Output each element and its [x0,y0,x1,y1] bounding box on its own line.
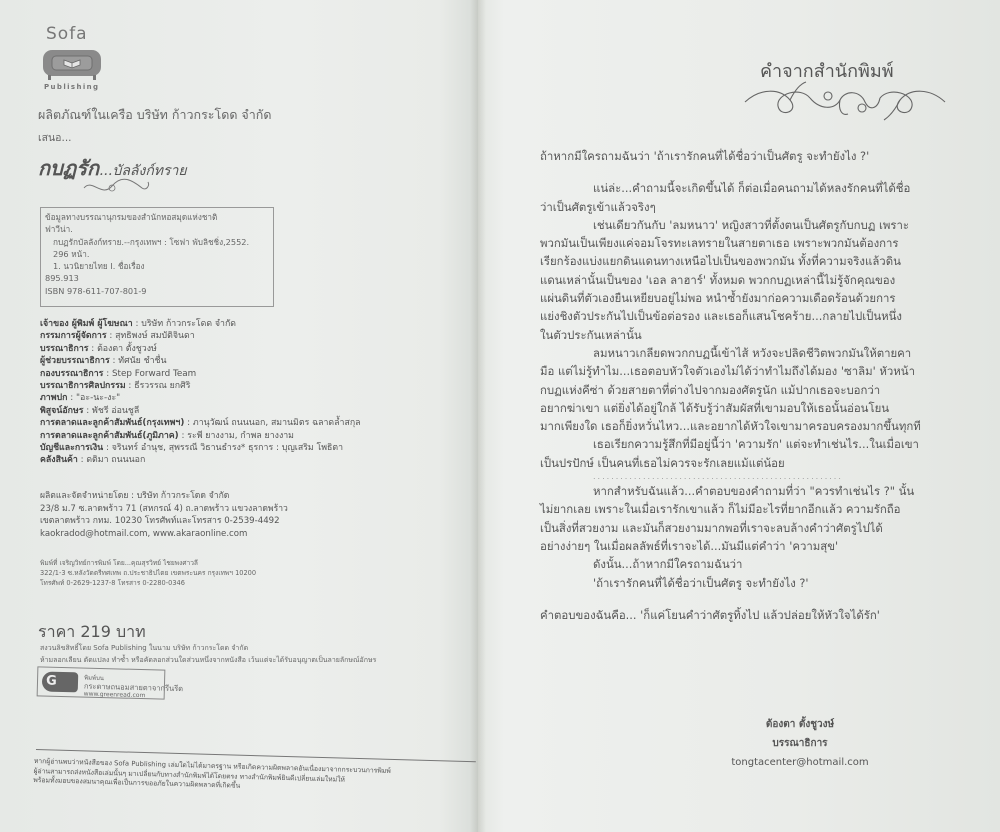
credit-separator: : [179,431,188,441]
foreword-line: แน่ล่ะ...คำถามนี้จะเกิดขึ้นได้ ก็ต่อเมื่… [540,179,960,197]
foreword-line: มากเพียงใด เธอก็ยิ่งหวั่นไหว...และอยากได… [540,417,960,435]
printer-line: โทรศัพท์ 0-2629-1237-8 โทรสาร 0-2280-034… [40,578,256,588]
credit-line: คลังสินค้า : ดติมา ถนนนอก [40,454,361,466]
credit-value: จรินทร์ อำนุช, สุพรรณี วิธานธำรง* ธุรการ… [112,443,343,453]
credit-separator: : [126,381,135,391]
foreword-line: ว่าเป็นศัตรูเข้าแล้วจริงๆ [540,198,960,216]
logo-word: Sofa [46,24,88,44]
credit-separator: : [133,319,142,329]
credit-value: ทัศนัย ชำชื่น [118,356,166,366]
credit-line: ผู้ช่วยบรรณาธิการ : ทัศนัย ชำชื่น [40,355,361,367]
logo-subtitle: Publishing [44,83,99,91]
book-spread: Sofa Publishing ผลิตภัณฑ์ในเครือ บริษัท … [0,0,1000,832]
credit-separator: : [89,344,98,354]
distribution-line: เขตลาดพร้าว กทม. 10230 โทรศัพท์และโทรสาร… [40,515,288,528]
foreword-line: แดนเหล่านั้นเป็นของ 'เอล ลาฮาร์' ทั้งหมด… [540,271,960,289]
credit-separator: : [110,356,119,366]
foreword-line: พวกมันเป็นเพียงแค่จอมโจรทะเลทรายในสายตาเ… [540,234,960,252]
signature-email: tongtacenter@hotmail.com [650,753,950,772]
credits-list: เจ้าของ ผู้พิมพ์ ผู้โฆษณา : บริษัท ก้าวก… [40,318,361,467]
credit-value: ธีรวรรณ ยกศิริ [134,381,190,391]
credit-label: การตลาดและลูกค้าสัมพันธ์(ภูมิภาค) [40,431,179,441]
sofa-with-book-icon [40,42,104,82]
green-badge-text: พิมพ์บน กระดาษถนอมสายตาจากรีนรีด www.gre… [84,675,184,701]
credit-value: ภานุวัฒน์ ถนนนอก, สมานมิตร ฉลาดล้ำสกุล [193,418,361,428]
credit-line: กองบรรณาธิการ : Step Forward Team [40,368,361,380]
foreword-line: ลมหนาวเกลียดพวกกบฏนี้เข้าไส้ หวังจะปลิดช… [540,344,960,362]
foreword-line: มือ แต่ไม่รู้ทำไม...เธอตอบหัวใจตัวเองไม่… [540,362,960,380]
credit-label: กองบรรณาธิการ [40,369,103,379]
foreword-line: ถ้าหากมีใครถามฉันว่า 'ถ้าเรารักคนที่ได้ช… [540,147,960,165]
printer-line: 322/1-3 ซ.หลังวัดตรีทศเทพ ถ.ประชาธิปไตย … [40,568,256,578]
credit-value: พัชรี อ่อนชูลี [92,406,139,416]
foreword-line: ในตัวประกันเหล่านั้น [540,326,960,344]
credit-line: การตลาดและลูกค้าสัมพันธ์(กรุงเทพฯ) : ภาน… [40,417,361,429]
credit-separator: : [184,418,193,428]
credit-line: การตลาดและลูกค้าสัมพันธ์(ภูมิภาค) : ระพี… [40,430,361,442]
signature-block: ต้องตา ตั้งชูวงษ์ บรรณาธิการ tongtacente… [650,715,950,772]
paragraph-gap [540,592,960,606]
credit-value: ต้องตา ตั้งชูวงษ์ [97,344,157,354]
foreword-line: 'ถ้าเรารักคนที่ได้ชื่อว่าเป็นศัตรู จะทำย… [540,574,960,592]
credit-line: ภาพปก : "อะ-นะ-งะ" [40,392,361,404]
credit-label: บรรณาธิการศิลปกรรม [40,381,126,391]
distribution-line: 23/8 ม.7 ซ.ลาดพร้าว 71 (สหกรณ์ 4) ถ.ลาดพ… [40,503,288,516]
credit-line: บัญชีและการเงิน : จรินทร์ อำนุช, สุพรรณี… [40,442,361,454]
credit-line: พิสูจน์อักษร : พัชรี อ่อนชูลี [40,405,361,417]
foreword-line: คำตอบของฉันคือ... 'ก็แค่โยนคำว่าศัตรูทิ้… [540,606,960,624]
presents-label: เสนอ... [38,129,72,146]
credit-label: กรรมการผู้จัดการ [40,331,107,341]
credit-value: "อะ-นะ-งะ" [76,393,120,403]
copyright-notice: สงวนลิขสิทธิ์โดย Sofa Publishing ในนาม บ… [40,642,376,666]
foreword-line: หากสำหรับฉันแล้ว...คำตอบของคำถามที่ว่า "… [540,482,960,500]
book-gutter [470,0,486,832]
foreword-line: อยากฆ่าเขา แต่ยิ่งได้อยู่ใกล้ ได้รับรู้ว… [540,399,960,417]
foreword-line: ไม่ยากเลย เพราะในเมื่อเรารักเขาแล้ว ก็ไม… [540,500,960,518]
foreword-line: เธอเรียกความรู้สึกที่มีอยู่นี้ว่า 'ความร… [540,435,960,453]
paragraph-gap [540,165,960,179]
credit-label: คลังสินค้า [40,455,78,465]
credit-value: ดติมา ถนนนอก [86,455,145,465]
credit-line: กรรมการผู้จัดการ : สุทธิพงษ์ สมบัติจินดา [40,330,361,342]
title-flourish-icon [82,176,152,198]
flourish-ornament-icon [740,80,950,122]
credit-separator: : [83,406,92,416]
cip-line: ข้อมูลทางบรรณานุกรมของสำนักหอสมุดแห่งชาต… [45,211,269,223]
credit-separator: : [107,331,116,341]
credit-value: ระพี ยางงาม, กำพล ยางงาม [187,431,294,441]
credit-label: บัญชีและการเงิน [40,443,103,453]
distribution-info: ผลิตและจัดจำหน่ายโดย : บริษัท ก้าวกระโดด… [40,490,288,540]
signature-role: บรรณาธิการ [650,734,950,753]
distribution-line: kaokradod@hotmail.com, www.akaraonline.c… [40,528,288,541]
credit-separator: : [67,393,76,403]
distribution-line: ผลิตและจัดจำหน่ายโดย : บริษัท ก้าวกระโดด… [40,490,288,503]
rights-line: ห้ามลอกเลียน ตัดแปลง ทำซ้ำ หรือคัดลอกส่ว… [40,654,376,666]
foreword-line: กบฏแห่งคีซ่า ด้วยสายตาที่ต่างไปจากมองศัต… [540,381,960,399]
credit-label: ภาพปก [40,393,67,403]
isbn: ISBN 978-611-707-801-9 [45,285,269,297]
credit-line: เจ้าของ ผู้พิมพ์ ผู้โฆษณา : บริษัท ก้าวก… [40,318,361,330]
foreword-line: เช่นเดียวกันกับ 'ลมหนาว' หญิงสาวที่ตั้งต… [540,216,960,234]
credit-value: สุทธิพงษ์ สมบัติจินดา [115,331,195,341]
cip-line: 296 หน้า. [45,248,269,260]
green-read-logo-icon: G [42,671,79,692]
sofa-publishing-logo: Sofa Publishing [40,24,110,94]
foreword-line: อย่างง่ายๆ ในเมื่อผลลัพธ์ที่เราจะได้...ม… [540,537,960,555]
credit-value: บริษัท ก้าวกระโดด จำกัด [141,319,236,329]
signature-name: ต้องตา ตั้งชูวงษ์ [650,715,950,734]
credit-label: เจ้าของ ผู้พิมพ์ ผู้โฆษณา [40,319,133,329]
credit-separator: : [103,443,112,453]
foreword-line: แผ่นดินที่ตัวเองยืนเหยียบอยู่ไม่พอ หนำซ้… [540,289,960,307]
cip-data-box: ข้อมูลทางบรรณานุกรมของสำนักหอสมุดแห่งชาต… [40,207,274,307]
credit-label: ผู้ช่วยบรรณาธิการ [40,356,110,366]
printer-info: พิมพ์ที่ เจริญวิทย์การพิมพ์ โดย...คุณสุร… [40,558,256,588]
credit-separator: : [103,369,112,379]
foreword-body: ถ้าหากมีใครถามฉันว่า 'ถ้าเรารักคนที่ได้ช… [540,147,960,624]
credit-label: พิสูจน์อักษร [40,406,83,416]
cip-line: 895.913 [45,272,269,284]
credit-line: บรรณาธิการศิลปกรรม : ธีรวรรณ ยกศิริ [40,380,361,392]
cip-line: ฟาวีน่า. [45,223,269,235]
foreword-line: ดังนั้น...ถ้าหากมีใครถามฉันว่า [540,555,960,573]
imprint-line: ผลิตภัณฑ์ในเครือ บริษัท ก้าวกระโดด จำกัด [38,105,271,125]
rights-line: สงวนลิขสิทธิ์โดย Sofa Publishing ในนาม บ… [40,642,376,654]
credit-label: การตลาดและลูกค้าสัมพันธ์(กรุงเทพฯ) [40,418,184,428]
cip-line: กบฏรักบัลลังก์ทราย.--กรุงเทพฯ : โซฟา พับ… [45,236,269,248]
foreword-line: เป็นสิ่งที่สวยงาม และมันก็สวยงามมากพอที่… [540,519,960,537]
foreword-line: แย่งชิงตัวประกันไปเป็นข้อต่อรอง และเธอก็… [540,307,960,325]
printer-line: พิมพ์ที่ เจริญวิทย์การพิมพ์ โดย...คุณสุร… [40,558,256,568]
credit-label: บรรณาธิการ [40,344,89,354]
dotted-separator: ........................................… [540,472,960,482]
cip-line: 1. นวนิยายไทย I. ชื่อเรื่อง [45,260,269,272]
green-read-badge: G พิมพ์บน กระดาษถนอมสายตาจากรีนรีด www.g… [37,666,166,699]
foreword-line: เรียกร้องแบ่งแยกดินแดนทางเหนือไปเป็นของพ… [540,252,960,270]
credit-line: บรรณาธิการ : ต้องตา ตั้งชูวงษ์ [40,343,361,355]
foreword-line: เป็นปรปักษ์ เป็นคนที่เธอไม่ควรจะรักเลยแม… [540,454,960,472]
credit-value: Step Forward Team [112,369,196,379]
